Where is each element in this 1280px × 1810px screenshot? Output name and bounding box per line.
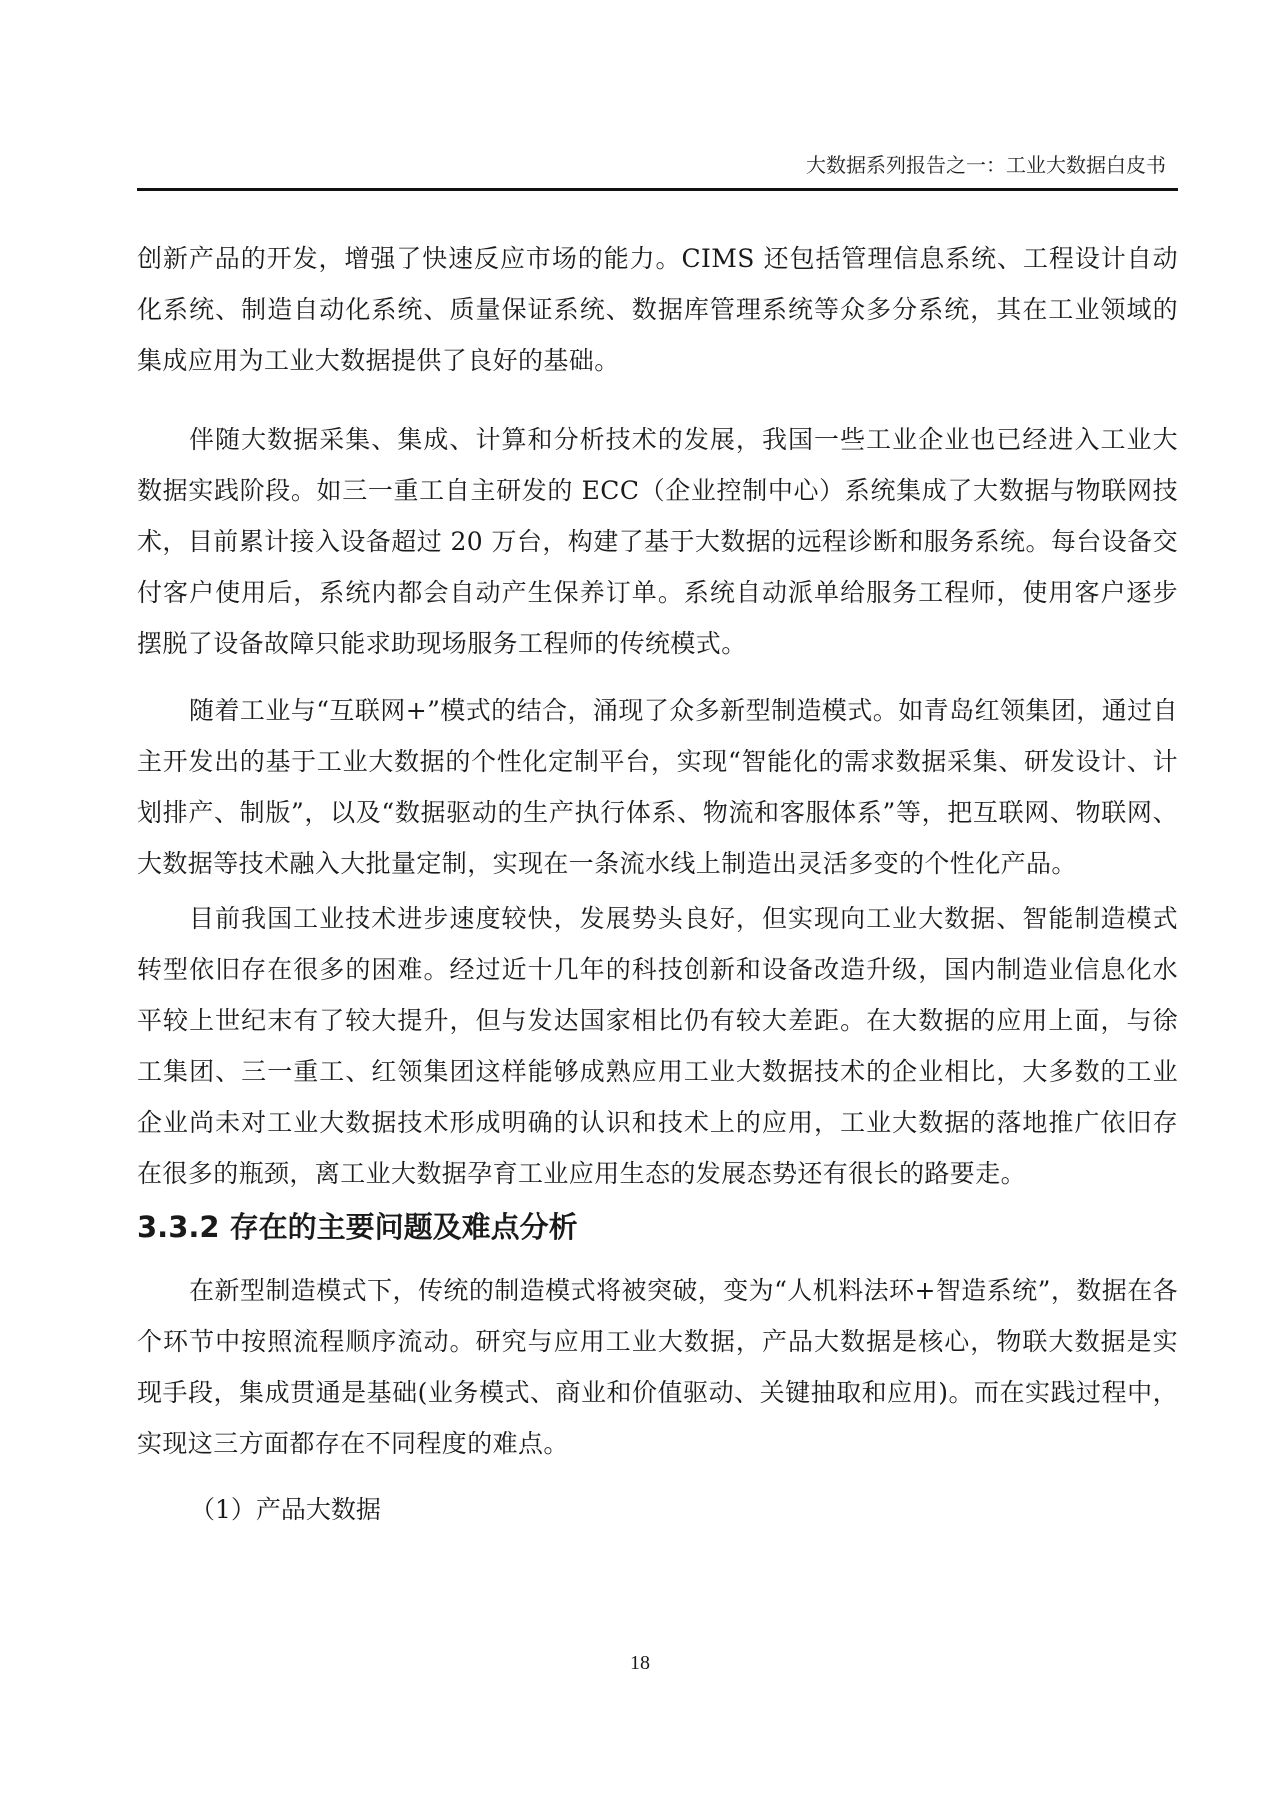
paragraph-redcollar: 随着工业与“互联网+”模式的结合，涌现了众多新型制造模式。如青岛红领集团，通过自… — [137, 685, 1178, 889]
page-number: 18 — [0, 1652, 1280, 1675]
section-heading: 3.3.2 存在的主要问题及难点分析 — [137, 1203, 578, 1251]
paragraph-cims: 创新产品的开发，增强了快速反应市场的能力。CIMS 还包括管理信息系统、工程设计… — [137, 233, 1178, 386]
list-item-product-big-data: （1）产品大数据 — [190, 1484, 381, 1535]
running-header: 大数据系列报告之一：工业大数据白皮书 — [137, 150, 1178, 180]
paragraph-sany-ecc: 伴随大数据采集、集成、计算和分析技术的发展，我国一些工业企业也已经进入工业大数据… — [137, 414, 1178, 669]
paragraph-current-status: 目前我国工业技术进步速度较快，发展势头良好，但实现向工业大数据、智能制造模式转型… — [137, 893, 1178, 1199]
paragraph-new-manufacturing: 在新型制造模式下，传统的制造模式将被突破，变为“人机料法环+智造系统”，数据在各… — [137, 1265, 1178, 1469]
header-rule — [137, 188, 1178, 191]
